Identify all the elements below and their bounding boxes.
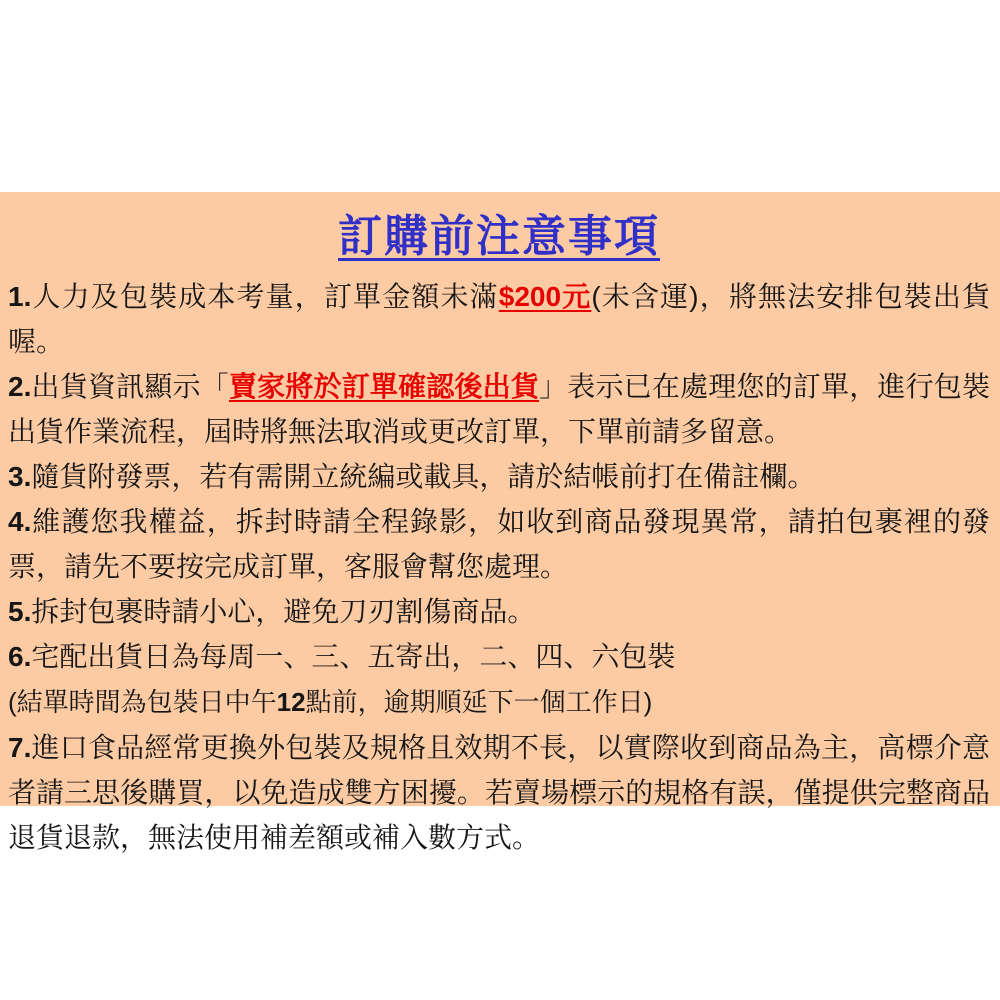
notice-panel: 訂購前注意事項 1.人力及包裝成本考量，訂單金額未滿$200元(未含運)，將無法… [0, 192, 1000, 806]
notice-text-segment: $200元 [499, 281, 592, 312]
notice-list: 1.人力及包裝成本考量，訂單金額未滿$200元(未含運)，將無法安排包裝出貨喔。… [8, 274, 990, 860]
notice-text-segment: 進口食品經常更換外包裝及規格且效期不長，以實際收到商品為主，高標介意者請三思後購… [8, 732, 990, 853]
notice-text-segment: 5. [8, 596, 31, 627]
notice-text-segment: 6. [8, 641, 31, 672]
notice-text-segment: 4. [8, 506, 31, 537]
notice-text-segment: 拆封包裹時請小心，避免刀刃割傷商品。 [31, 596, 535, 627]
notice-text-segment: 賣家將於訂單確認後出貨 [229, 371, 539, 402]
notice-item: 3.隨貨附發票，若有需開立統編或載具，請於結帳前打在備註欄。 [8, 454, 990, 499]
notice-text-segment: 點前，逾期順延下一個工作日) [306, 687, 653, 717]
notice-title: 訂購前注意事項 [8, 200, 990, 264]
notice-text-segment: 1. [8, 281, 31, 312]
notice-item: 5.拆封包裹時請小心，避免刀刃割傷商品。 [8, 589, 990, 634]
notice-text-segment: 12 [277, 687, 306, 717]
notice-text-segment: 人力及包裝成本考量，訂單金額未滿 [31, 281, 498, 312]
notice-item: 6.宅配出貨日為每周一、三、五寄出，二、四、六包裝(結單時間為包裝日中午12點前… [8, 634, 990, 725]
notice-text-segment: 出貨資訊顯示「 [31, 371, 229, 402]
notice-text-segment: 3. [8, 461, 31, 492]
notice-text-segment: 宅配出貨日為每周一、三、五寄出，二、四、六包裝 [31, 641, 675, 672]
notice-text-segment: 2. [8, 371, 31, 402]
notice-item: 1.人力及包裝成本考量，訂單金額未滿$200元(未含運)，將無法安排包裝出貨喔。 [8, 274, 990, 364]
notice-item: 7.進口食品經常更換外包裝及規格且效期不長，以實際收到商品為主，高標介意者請三思… [8, 725, 990, 860]
notice-item: 4.維護您我權益，拆封時請全程錄影，如收到商品發現異常，請拍包裹裡的發票，請先不… [8, 499, 990, 589]
notice-text-segment: 維護您我權益，拆封時請全程錄影，如收到商品發現異常，請拍包裹裡的發票，請先不要按… [8, 506, 990, 582]
notice-text-segment: 7. [8, 732, 31, 763]
notice-item: 2.出貨資訊顯示「賣家將於訂單確認後出貨」表示已在處理您的訂單，進行包裝出貨作業… [8, 364, 990, 454]
notice-text-segment: (結單時間為包裝日中午 [8, 687, 277, 717]
notice-text-segment: 隨貨附發票，若有需開立統編或載具，請於結帳前打在備註欄。 [31, 461, 815, 492]
